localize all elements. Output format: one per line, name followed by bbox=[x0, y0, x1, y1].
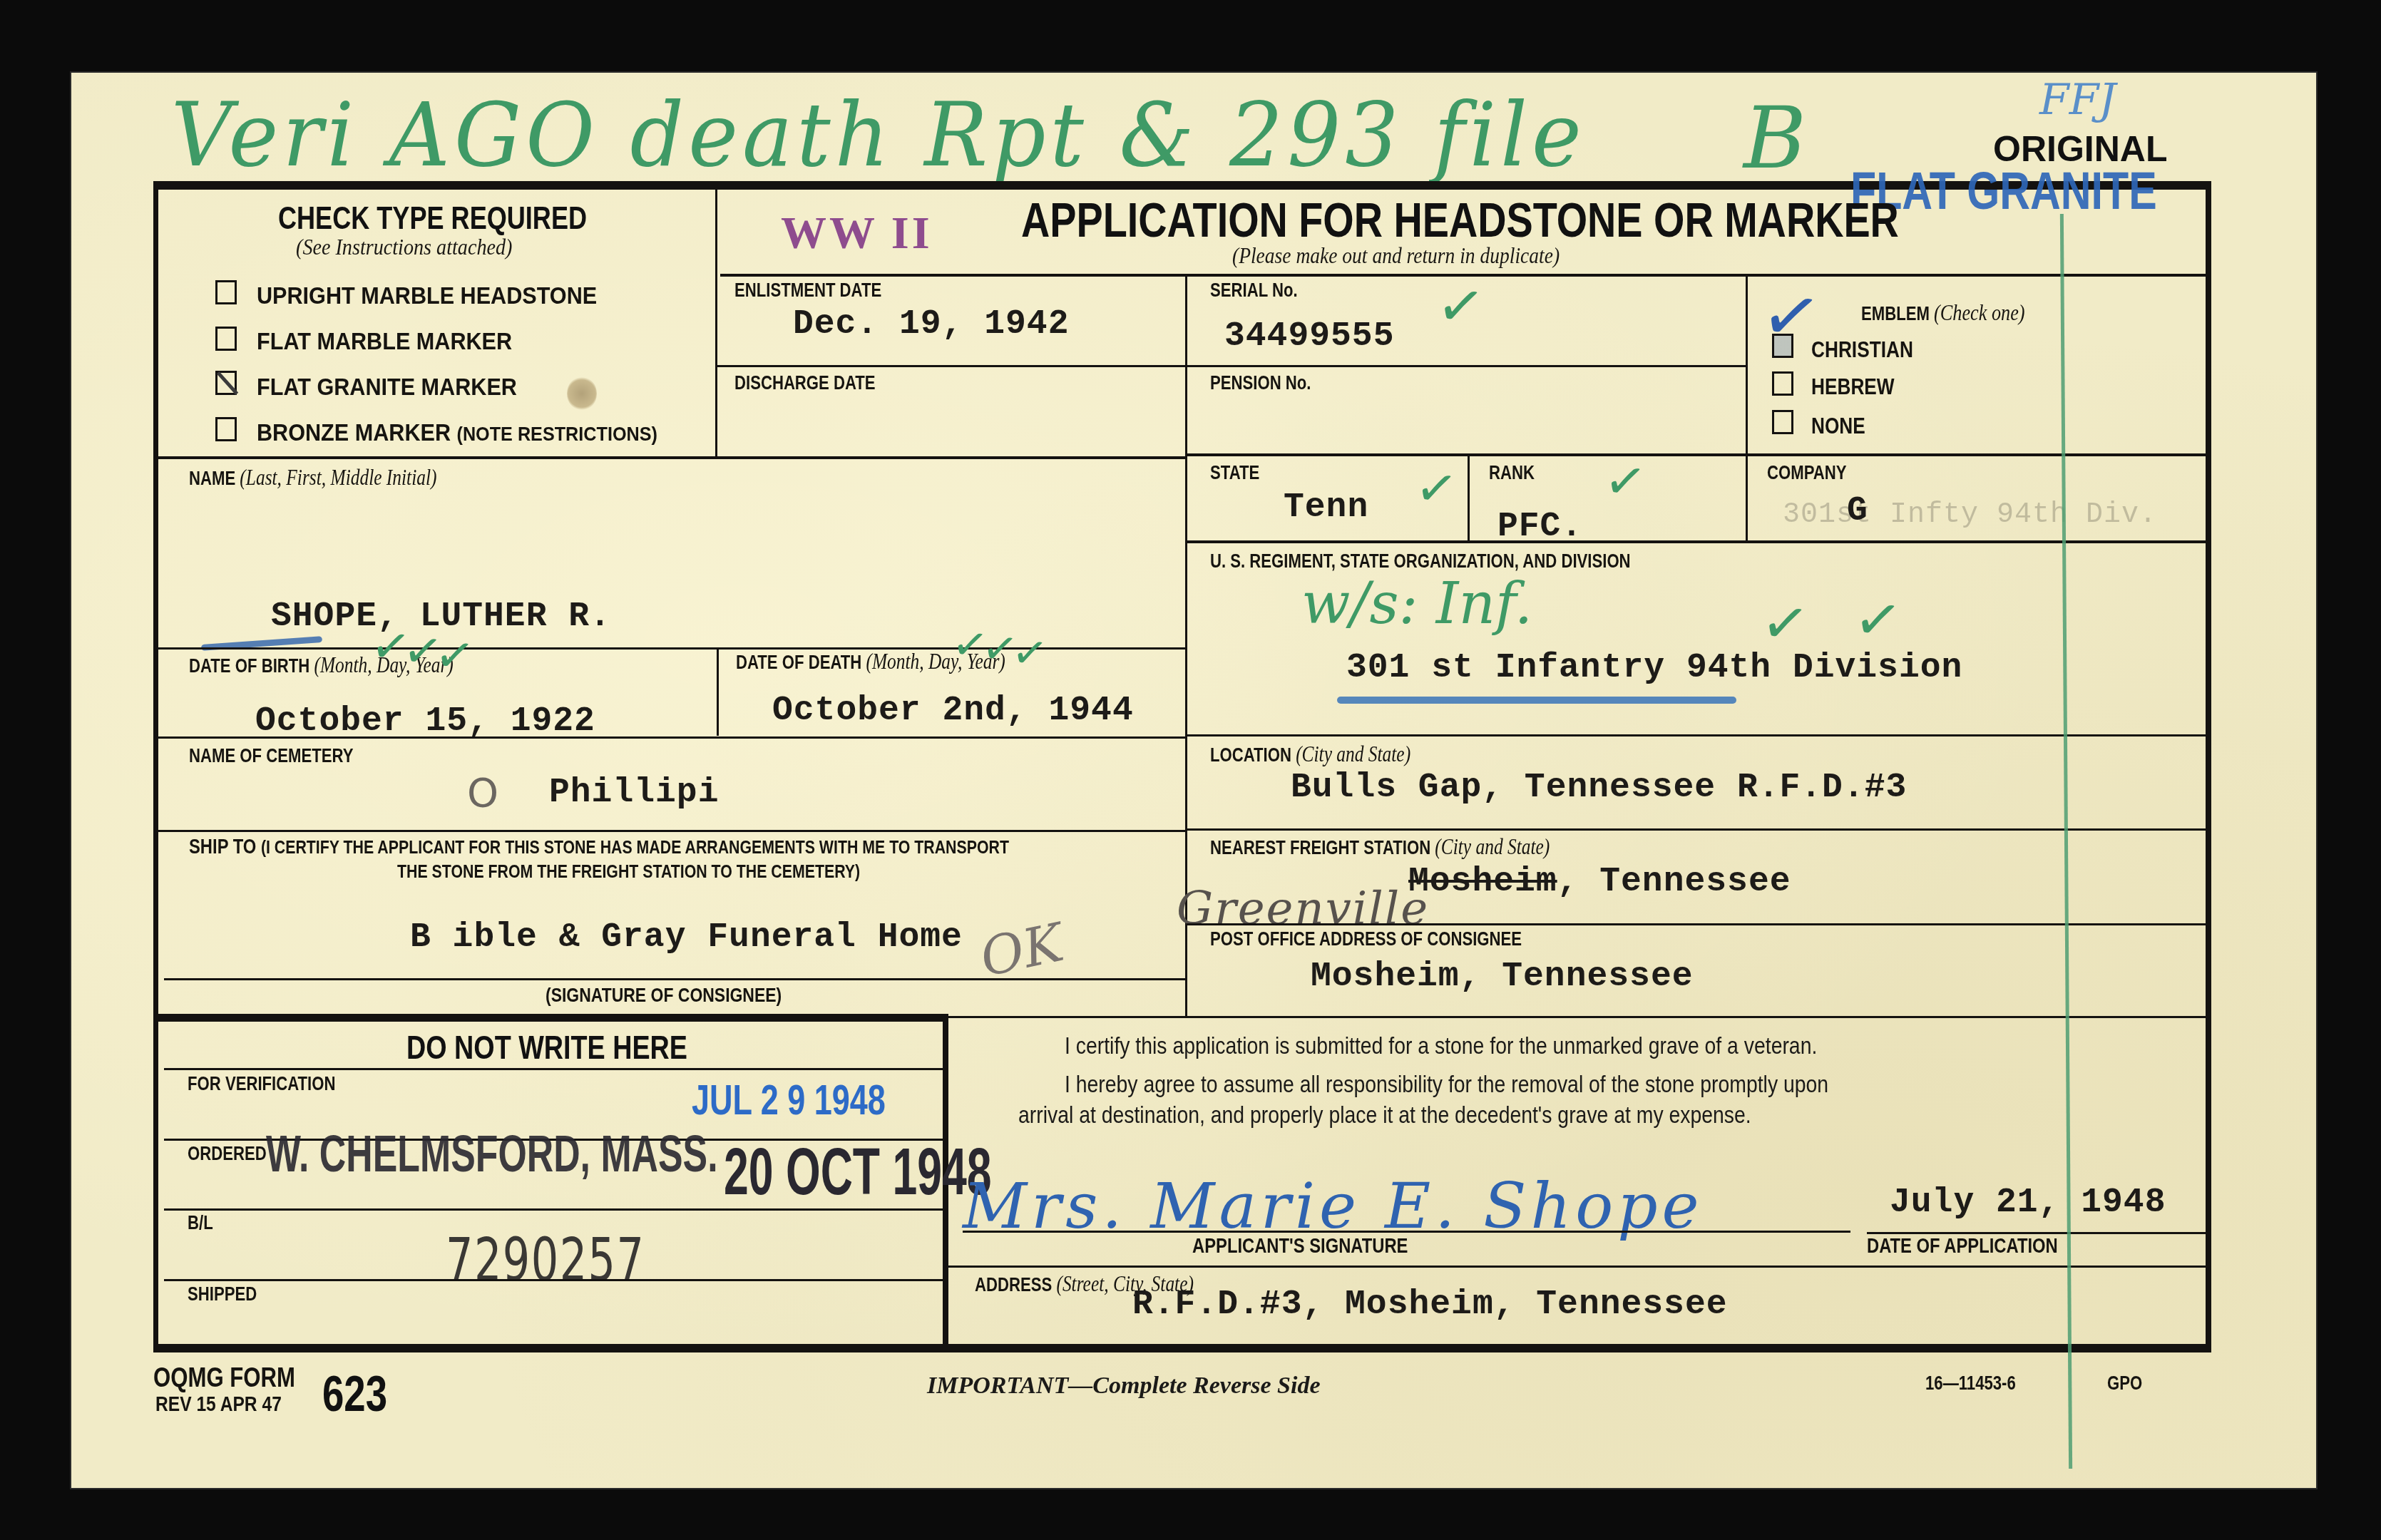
enlistment-date-label: ENLISTMENT DATE bbox=[734, 279, 881, 302]
emblem-label-note: (Check one) bbox=[1934, 299, 2024, 325]
consignee-address-label: POST OFFICE ADDRESS OF CONSIGNEE bbox=[1210, 928, 1522, 950]
divider-address-top bbox=[948, 1266, 2207, 1268]
initials-note: FFJ bbox=[2039, 75, 2116, 125]
office-divider-1 bbox=[164, 1068, 943, 1070]
serial-no-value: 34499555 bbox=[1224, 317, 1394, 356]
certification-line-2: I hereby agree to assume all responsibil… bbox=[1065, 1071, 1828, 1098]
form-border-right bbox=[2206, 181, 2211, 1352]
state-check-icon: ✓ bbox=[1412, 461, 1460, 515]
ship-to-label: SHIP TO (I CERTIFY THE APPLICANT FOR THI… bbox=[189, 836, 1009, 859]
consignee-address-value: Mosheim, Tennessee bbox=[1311, 958, 1693, 996]
date-of-death-value: October 2nd, 1944 bbox=[772, 692, 1134, 730]
print-code: 16—11453-6 bbox=[1925, 1372, 2016, 1395]
option-upright-marble-headstone: UPRIGHT MARBLE HEADSTONE bbox=[257, 282, 597, 310]
checkbox-emblem-hebrew[interactable] bbox=[1772, 371, 1793, 396]
ship-to-label-note-2: THE STONE FROM THE FREIGHT STATION TO TH… bbox=[397, 861, 860, 883]
emblem-option-christian: CHRISTIAN bbox=[1811, 337, 1913, 363]
regiment-handwritten-note: w/s: Inf. bbox=[1301, 570, 1532, 637]
verification-date-stamp: JUL 2 9 1948 bbox=[692, 1075, 886, 1124]
freight-station-value: Mosheim, Tennessee bbox=[1408, 863, 1791, 901]
checkbox-emblem-none[interactable] bbox=[1772, 410, 1793, 434]
divider-dob-dod bbox=[717, 649, 719, 736]
office-row-ordered-label: ORDERED bbox=[188, 1143, 267, 1165]
applicant-address-label-text: ADDRESS bbox=[975, 1274, 1052, 1295]
office-divider-3 bbox=[164, 1208, 943, 1211]
form-number: 623 bbox=[322, 1365, 387, 1422]
emblem-option-none: NONE bbox=[1811, 413, 1865, 439]
emblem-label: EMBLEM (Check one) bbox=[1861, 299, 2025, 326]
emblem-option-hebrew: HEBREW bbox=[1811, 374, 1895, 400]
printer-mark: GPO bbox=[2107, 1372, 2142, 1395]
name-label-note: (Last, First, Middle Initial) bbox=[240, 465, 436, 490]
divider-cemetery-top bbox=[158, 736, 1185, 739]
option-flat-granite-marker: FLAT GRANITE MARKER bbox=[257, 374, 517, 401]
office-row-shipped-label: SHIPPED bbox=[188, 1283, 257, 1305]
office-divider-4 bbox=[164, 1279, 943, 1281]
company-label: COMPANY bbox=[1767, 462, 1847, 484]
office-row-verification-label: FOR VERIFICATION bbox=[188, 1073, 335, 1095]
checkbox-flat-marble-marker[interactable] bbox=[215, 327, 237, 351]
location-label: LOCATION (City and State) bbox=[1210, 741, 1410, 767]
form-id-line-2: REV 15 APR 47 bbox=[155, 1392, 282, 1417]
freight-station-struck-value: Mosheim bbox=[1408, 863, 1557, 901]
location-label-text: LOCATION bbox=[1210, 744, 1291, 766]
regiment-check-icon-2: ✓ bbox=[1850, 589, 1906, 652]
diagonal-check-mark-icon bbox=[217, 371, 238, 395]
name-label: NAME (Last, First, Middle Initial) bbox=[189, 465, 436, 491]
application-date-caption: DATE OF APPLICATION bbox=[1867, 1235, 2058, 1258]
paper-stain bbox=[567, 376, 597, 411]
discharge-date-label: DISCHARGE DATE bbox=[734, 372, 876, 394]
consignee-signature-caption: (SIGNATURE OF CONSIGNEE) bbox=[546, 984, 782, 1007]
divider-serial-emblem bbox=[1746, 275, 1748, 542]
freight-station-handwritten-correction: Greenville bbox=[1177, 883, 1429, 935]
regiment-check-icon: ✓ bbox=[1758, 592, 1813, 656]
divider-enlist-discharge bbox=[717, 365, 1185, 367]
location-value: Bulls Gap, Tennessee R.F.D.#3 bbox=[1291, 769, 1907, 807]
verification-check-icon: ✓ bbox=[1433, 275, 1489, 339]
freight-station-label-note: (City and State) bbox=[1435, 834, 1550, 859]
top-handwritten-letter: B bbox=[1743, 89, 1806, 188]
date-of-birth-label-text: DATE OF BIRTH bbox=[189, 655, 309, 677]
certification-line-3: arrival at destination, and properly pla… bbox=[1018, 1102, 1751, 1129]
war-stamp: WW II bbox=[781, 207, 933, 260]
form-title: APPLICATION FOR HEADSTONE OR MARKER bbox=[1021, 192, 1899, 248]
emblem-label-text: EMBLEM bbox=[1861, 303, 1930, 324]
date-of-birth-value: October 15, 1922 bbox=[255, 702, 595, 741]
application-date-value: July 21, 1948 bbox=[1890, 1184, 2166, 1222]
divider-name-top bbox=[158, 456, 1185, 459]
form-subtitle: (Please make out and return in duplicate… bbox=[1232, 242, 1560, 269]
freight-station-value-suffix: , Tennessee bbox=[1557, 863, 1791, 901]
ship-to-label-text: SHIP TO bbox=[189, 836, 256, 858]
dod-check-icons: ✓✓✓ bbox=[949, 621, 1045, 676]
serial-no-label: SERIAL No. bbox=[1210, 279, 1298, 302]
form-id-line-1: OQMG FORM bbox=[153, 1363, 295, 1394]
state-value: Tenn bbox=[1284, 488, 1368, 527]
cemetery-mark: O bbox=[467, 770, 498, 816]
divider-freight-top bbox=[1187, 828, 2207, 831]
ship-to-value: B ible & Gray Funeral Home bbox=[410, 918, 963, 957]
consignee-signature-line bbox=[164, 978, 1185, 980]
ship-to-label-note-1: (I CERTIFY THE APPLICANT FOR THIS STONE … bbox=[261, 836, 1009, 858]
divider-state-rank bbox=[1468, 455, 1470, 542]
divider-consignee-top bbox=[1187, 923, 2207, 925]
divider-shipto-top bbox=[158, 830, 1185, 832]
application-date-line bbox=[1867, 1232, 2206, 1234]
freight-station-label: NEAREST FREIGHT STATION (City and State) bbox=[1210, 834, 1550, 860]
regiment-underline-mark bbox=[1337, 697, 1736, 704]
name-label-text: NAME bbox=[189, 468, 235, 489]
ordered-location-stamp: W. CHELMSFORD, MASS. bbox=[266, 1125, 718, 1184]
option-bronze-marker: BRONZE MARKER (NOTE RESTRICTIONS) bbox=[257, 419, 657, 447]
important-notice: IMPORTANT—Complete Reverse Side bbox=[927, 1372, 1321, 1400]
divider-checktype bbox=[715, 187, 717, 458]
office-use-heading: DO NOT WRITE HERE bbox=[406, 1028, 687, 1067]
regiment-value: 301 st Infantry 94th Division bbox=[1346, 649, 1962, 687]
applicant-signature-caption: APPLICANT'S SIGNATURE bbox=[1192, 1235, 1408, 1258]
option-flat-marble-marker: FLAT MARBLE MARKER bbox=[257, 328, 512, 356]
regiment-label: U. S. REGIMENT, STATE ORGANIZATION, AND … bbox=[1210, 550, 1631, 573]
enlistment-date-value: Dec. 19, 1942 bbox=[793, 305, 1069, 344]
rank-check-icon: ✓ bbox=[1601, 453, 1649, 508]
location-label-note: (City and State) bbox=[1296, 741, 1410, 766]
cemetery-label: NAME OF CEMETERY bbox=[189, 745, 353, 767]
top-handwritten-note: Veri AGO death Rpt & 293 file bbox=[171, 83, 1586, 187]
divider-serial-pension bbox=[1187, 365, 1746, 367]
checkbox-bronze-marker[interactable] bbox=[215, 417, 237, 441]
checkbox-emblem-christian[interactable] bbox=[1772, 334, 1793, 358]
ordered-date-stamp: 20 OCT 1948 bbox=[724, 1135, 992, 1210]
cemetery-value: Phillipi bbox=[549, 774, 719, 812]
dob-check-icons: ✓✓✓ bbox=[368, 621, 471, 681]
divider-regiment-top bbox=[1187, 540, 2207, 543]
divider-state-top bbox=[1187, 453, 2207, 456]
divider-location-top bbox=[1187, 734, 2207, 736]
company-faded-overflow: 301st Infty 94th Div. bbox=[1783, 499, 2157, 531]
state-label: STATE bbox=[1210, 462, 1259, 484]
bill-of-lading-number: 7290257 bbox=[446, 1225, 645, 1295]
pension-no-label: PENSION No. bbox=[1210, 372, 1311, 394]
option-bronze-marker-note: (NOTE RESTRICTIONS) bbox=[457, 423, 657, 445]
office-row-bl-label: B/L bbox=[188, 1212, 213, 1234]
date-of-death-label-text: DATE OF DEATH bbox=[736, 652, 861, 673]
form-border-bottom bbox=[153, 1344, 2211, 1352]
checkbox-flat-granite-marker[interactable] bbox=[215, 371, 237, 395]
certification-line-1: I certify this application is submitted … bbox=[1065, 1032, 1817, 1059]
check-type-heading: CHECK TYPE REQUIRED bbox=[278, 201, 587, 237]
divider-lower-section bbox=[945, 1016, 2207, 1018]
check-type-subheading: (See Instructions attached) bbox=[296, 234, 512, 260]
applicant-signature-line bbox=[963, 1231, 1850, 1233]
option-bronze-marker-label: BRONZE MARKER bbox=[257, 419, 451, 446]
form-border-left bbox=[153, 181, 158, 1352]
checkbox-upright-marble-headstone[interactable] bbox=[215, 280, 237, 304]
office-box-top bbox=[158, 1014, 948, 1022]
rank-label: RANK bbox=[1489, 462, 1535, 484]
freight-station-label-text: NEAREST FREIGHT STATION bbox=[1210, 837, 1430, 858]
applicant-address-value: R.F.D.#3, Mosheim, Tennessee bbox=[1132, 1285, 1728, 1324]
